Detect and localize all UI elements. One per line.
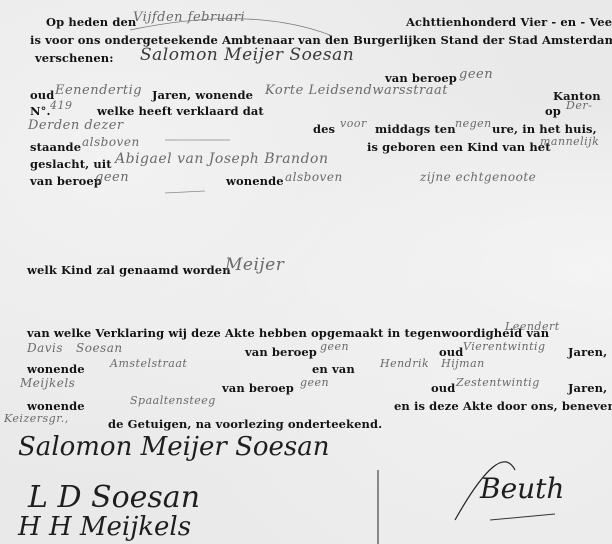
ink-strokes — [0, 0, 612, 544]
birth-record-page: Op heden den Vijfden februari Achttienho… — [0, 0, 612, 544]
